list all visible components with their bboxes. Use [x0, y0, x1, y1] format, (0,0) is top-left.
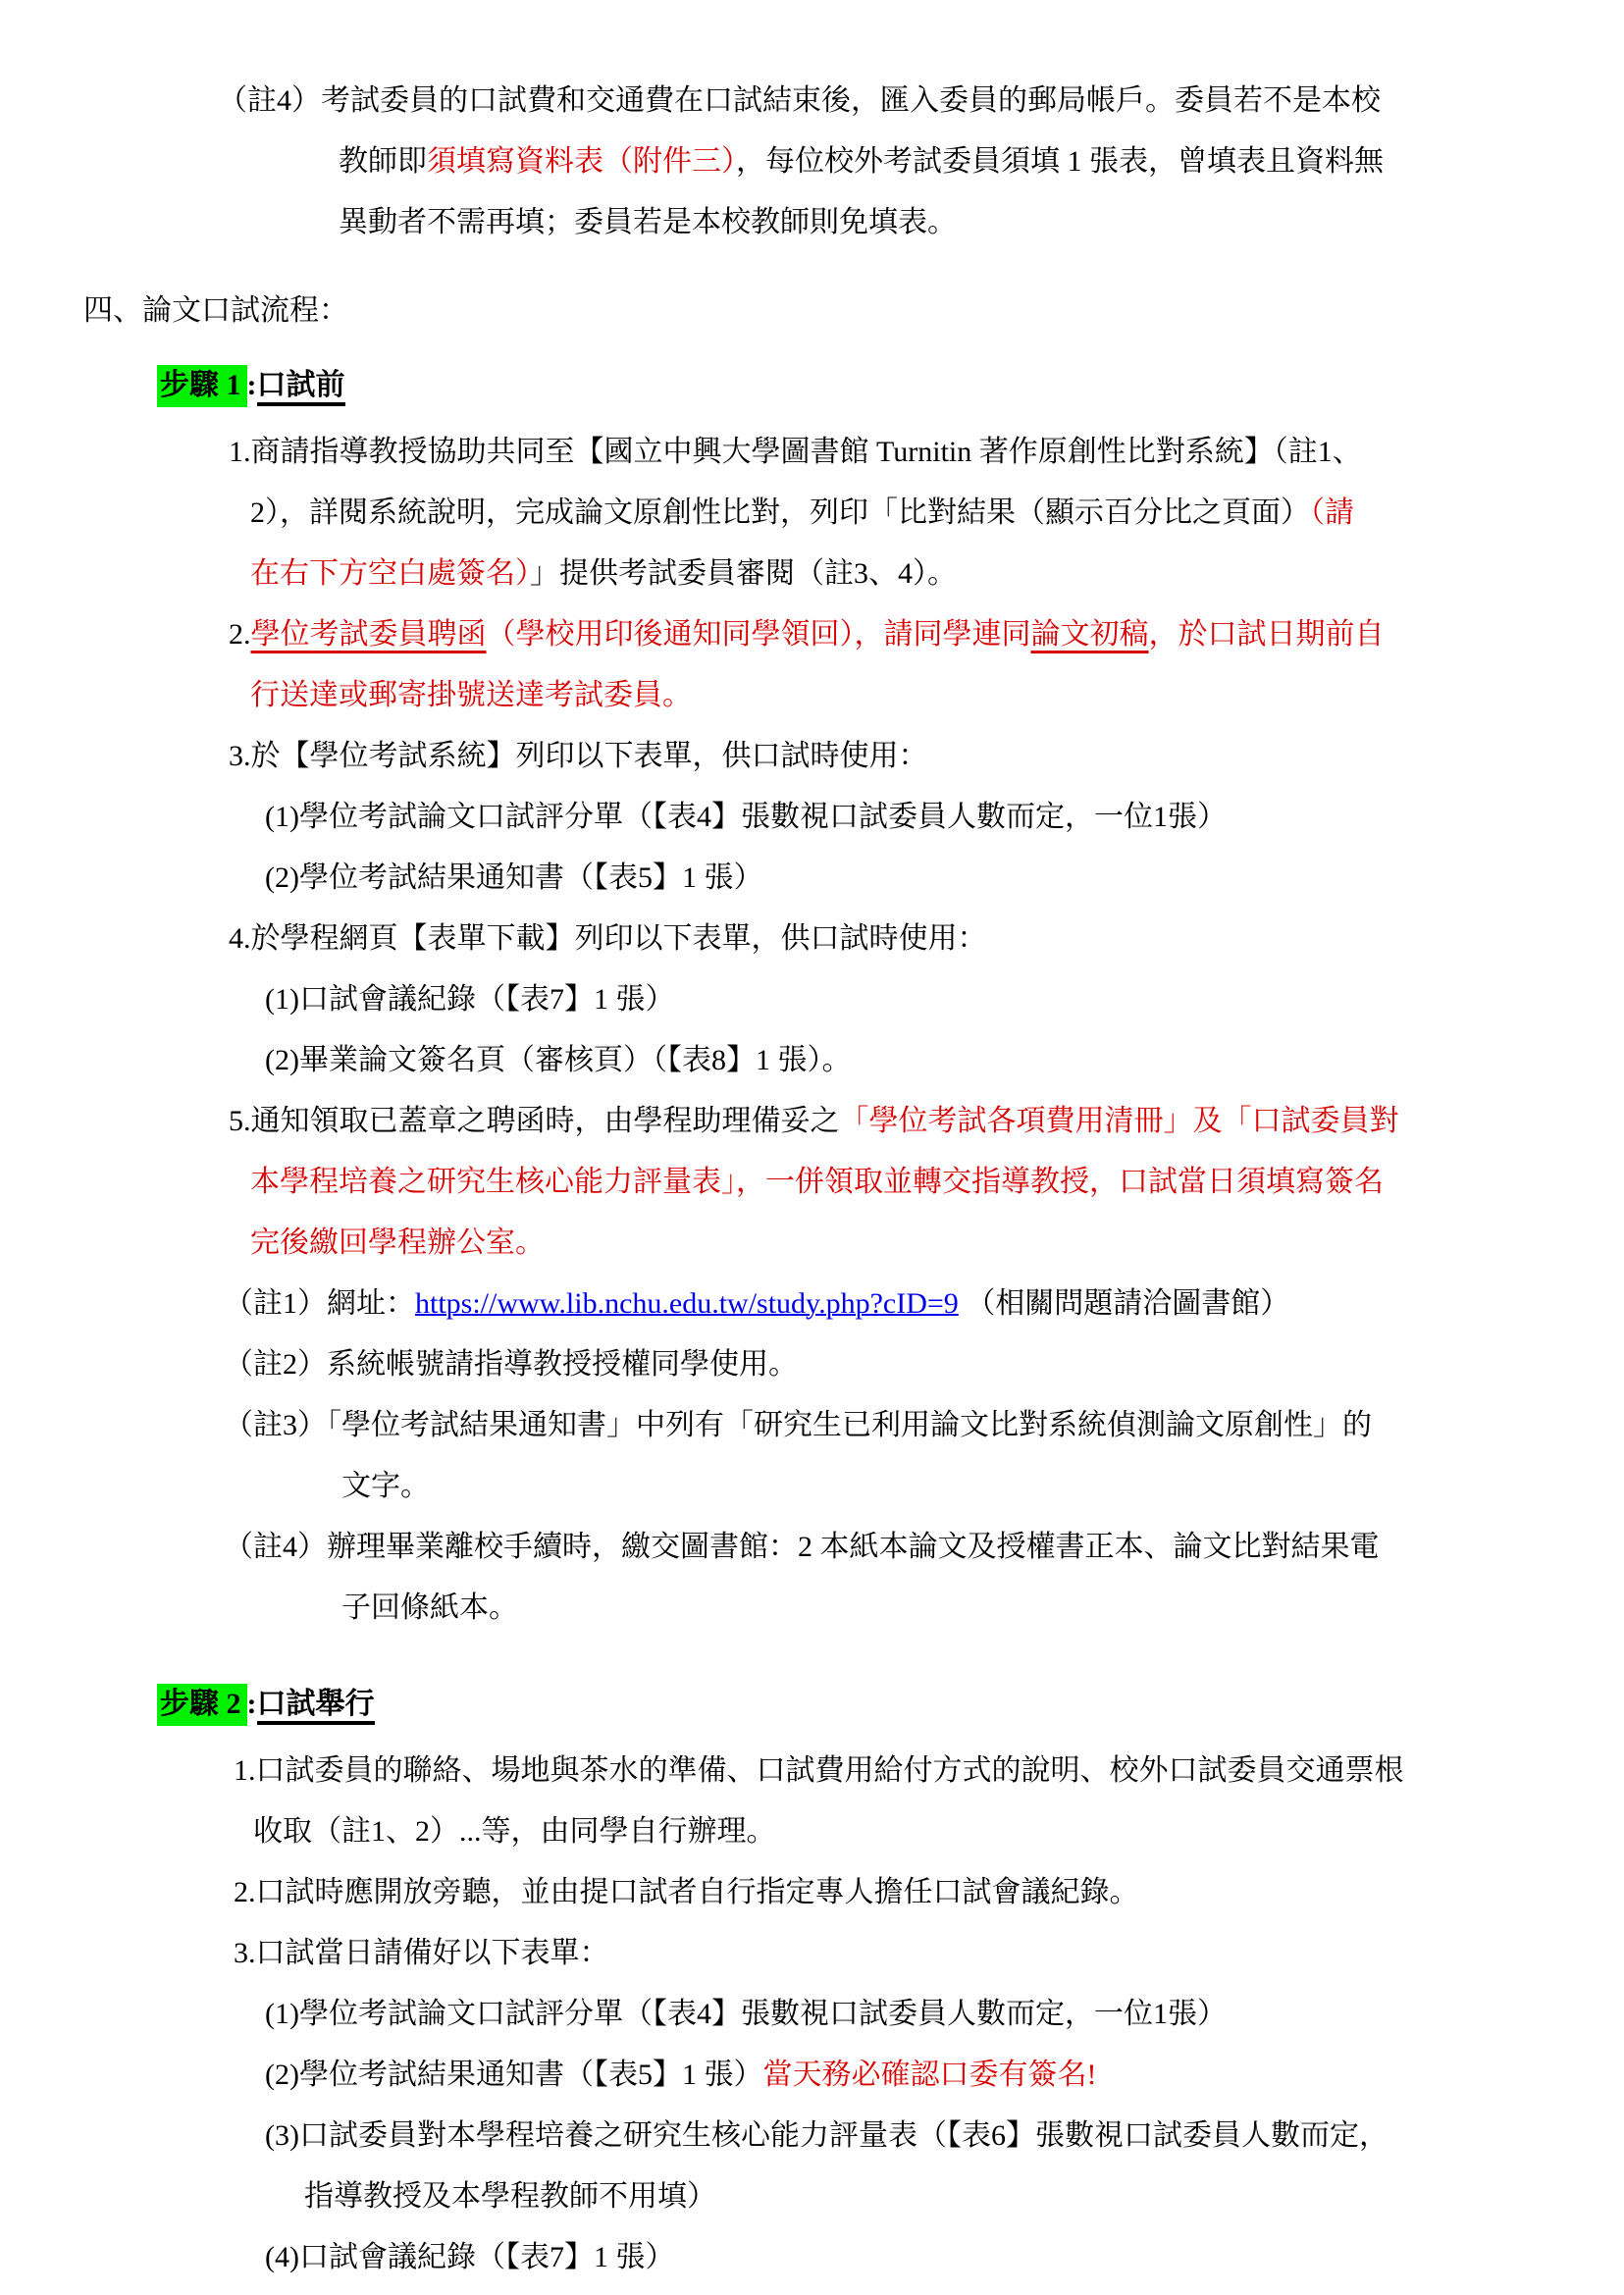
text-line: 收取（註1、2）...等，由同學自行辦理。 — [0, 1801, 1624, 1862]
text-line: 四、論文口試流程： — [0, 281, 1624, 341]
text-line: 文字。 — [0, 1456, 1624, 1517]
black-text: （相關問題請洽圖書館） — [959, 1287, 1290, 1320]
red-text: 在右下方空白處簽名） — [250, 557, 530, 590]
step-title: 口試前 — [257, 369, 345, 406]
step-heading: 步驟 1:口試前 — [0, 355, 1624, 416]
text-line: 2），詳閱系統說明，完成論文原創性比對，列印「比對結果（顯示百分比之頁面）（請 — [0, 483, 1624, 544]
text-line: 指導教授及本學程教師不用填） — [0, 2166, 1624, 2227]
black-text: 網址： — [327, 1287, 415, 1320]
black-text: 學位考試論文口試評分單（【表4】張數視口試委員人數而定，一位1張） — [299, 1998, 1227, 2030]
black-text: 學位考試論文口試評分單（【表4】張數視口試委員人數而定，一位1張） — [299, 801, 1227, 833]
black-text: 學位考試結果通知書（【表5】1 張） — [299, 861, 763, 894]
list-marker: (2) — [265, 861, 299, 894]
list-marker: 4. — [229, 922, 251, 955]
black-text: 文字。 — [341, 1470, 430, 1502]
step-title: 口試舉行 — [257, 1688, 375, 1725]
black-text: ，每位校外考試委員須填 1 張表，曾填表且資料無 — [736, 145, 1384, 178]
list-marker: (2) — [265, 2059, 299, 2091]
text-line: (1)口試會議紀錄（【表7】1 張） — [0, 969, 1624, 1030]
list-marker: 1. — [229, 436, 251, 468]
text-line: 在右下方空白處簽名）」提供考試委員審閱（註3、4）。 — [0, 544, 1624, 604]
text-line: 1.商請指導教授協助共同至【國立中興大學圖書館 Turnitin 著作原創性比對… — [0, 422, 1624, 483]
hyperlink[interactable]: https://www.lib.nchu.edu.tw/study.php?cI… — [415, 1287, 959, 1320]
text-line: 5.通知領取已蓋章之聘函時，由學程助理備妥之「學位考試各項費用清冊」及「口試委員… — [0, 1091, 1624, 1152]
list-marker: (1) — [265, 983, 299, 1016]
note-marker: （註3） — [224, 1409, 327, 1441]
red-text: 須填寫資料表（附件三） — [427, 145, 736, 178]
text-line: （註4）考試委員的口試費和交通費在口試結束後，匯入委員的郵局帳戶。委員若不是本校 — [0, 71, 1624, 131]
black-text: 教師即 — [339, 145, 427, 178]
black-text: 通知領取已蓋章之聘函時，由學程助理備妥之 — [251, 1105, 840, 1137]
text-line: 4.於學程網頁【表單下載】列印以下表單，供口試時使用： — [0, 909, 1624, 969]
step-heading: 步驟 2:口試舉行 — [0, 1674, 1624, 1735]
black-text: 口試時應開放旁聽，並由提口試者自行指定專人擔任口試會議紀錄。 — [256, 1876, 1139, 1908]
text-line: (2)學位考試結果通知書（【表5】1 張）當天務必確認口委有簽名! — [0, 2045, 1624, 2106]
list-marker: (1) — [265, 1998, 299, 2030]
black-text: 口試當日請備好以下表單： — [256, 1937, 609, 1969]
black-text: 2），詳閱系統說明，完成論文原創性比對，列印「比對結果（顯示百分比之頁面） — [250, 496, 1310, 529]
red-text: 行送達或郵寄掛號送達考試委員。 — [250, 679, 692, 711]
text-line: （註3）「學位考試結果通知書」中列有「研究生已利用論文比對系統偵測論文原創性」的 — [0, 1395, 1624, 1456]
red-text: ，於口試日期前自 — [1149, 618, 1385, 651]
list-marker: (4) — [265, 2241, 299, 2273]
step-colon: : — [247, 1688, 257, 1720]
list-marker: (3) — [265, 2119, 299, 2152]
text-line: (1)學位考試論文口試評分單（【表4】張數視口試委員人數而定，一位1張） — [0, 1984, 1624, 2045]
list-marker: 2. — [229, 618, 251, 651]
text-line: 3.於【學位考試系統】列印以下表單，供口試時使用： — [0, 726, 1624, 787]
text-line: （註2）系統帳號請指導教授授權同學使用。 — [0, 1334, 1624, 1395]
red-text: （請 — [1310, 496, 1354, 529]
red-text: 本學程培養之研究生核心能力評量表」，一併領取並轉交指導教授，口試當日須填寫簽名 — [250, 1166, 1384, 1198]
black-text: 異動者不需再填；委員若是本校教師則免填表。 — [339, 206, 957, 238]
black-text: 於學程網頁【表單下載】列印以下表單，供口試時使用： — [251, 922, 987, 955]
text-line: (3)口試委員對本學程培養之研究生核心能力評量表（【表6】張數視口試委員人數而定… — [0, 2106, 1624, 2166]
black-text: 系統帳號請指導教授授權同學使用。 — [327, 1348, 798, 1381]
black-text: 」提供考試委員審閱（註3、4）。 — [530, 557, 957, 590]
red-text: 「學位考試各項費用清冊」及「口試委員對 — [840, 1105, 1399, 1137]
text-line: (2)學位考試結果通知書（【表5】1 張） — [0, 848, 1624, 909]
black-text: 辦理畢業離校手續時，繳交圖書館：2 本紙本論文及授權書正本、論文比對結果電 — [327, 1531, 1380, 1563]
text-line: 1.口試委員的聯絡、場地與茶水的準備、口試費用給付方式的說明、校外口試委員交通票… — [0, 1741, 1624, 1801]
red-text: 完後繳回學程辦公室。 — [250, 1226, 545, 1259]
note-marker: （註2） — [224, 1348, 327, 1381]
text-line: (1)學位考試論文口試評分單（【表4】張數視口試委員人數而定，一位1張） — [0, 787, 1624, 848]
step-label-highlight: 步驟 2 — [157, 1684, 247, 1726]
red-underline-text: 學位考試委員聘函 — [251, 618, 487, 651]
text-line: 異動者不需再填；委員若是本校教師則免填表。 — [0, 192, 1624, 253]
black-text: 子回條紙本。 — [341, 1591, 518, 1624]
step-colon: : — [247, 369, 257, 401]
list-marker: 5. — [229, 1105, 251, 1137]
list-marker: (2) — [265, 1044, 299, 1076]
red-underline-text: 論文初稿 — [1031, 618, 1149, 651]
black-text: 口試會議紀錄（【表7】1 張） — [299, 2241, 675, 2273]
list-marker: 2. — [234, 1876, 256, 1908]
text-line: (4)口試會議紀錄（【表7】1 張） — [0, 2227, 1624, 2288]
text-line: 完後繳回學程辦公室。 — [0, 1213, 1624, 1274]
section-heading: 四、論文口試流程： — [83, 294, 348, 327]
text-line: 本學程培養之研究生核心能力評量表」，一併領取並轉交指導教授，口試當日須填寫簽名 — [0, 1152, 1624, 1213]
list-marker: 3. — [229, 740, 251, 772]
list-marker: (1) — [265, 801, 299, 833]
note-marker: （註4） — [218, 84, 321, 117]
text-line: 3.口試當日請備好以下表單： — [0, 1923, 1624, 1984]
black-text: 「學位考試結果通知書」中列有「研究生已利用論文比對系統偵測論文原創性」的 — [327, 1409, 1372, 1441]
text-line: （註4）辦理畢業離校手續時，繳交圖書館：2 本紙本論文及授權書正本、論文比對結果… — [0, 1517, 1624, 1578]
text-line: （註1）網址：https://www.lib.nchu.edu.tw/study… — [0, 1274, 1624, 1334]
document-page: （註4）考試委員的口試費和交通費在口試結束後，匯入委員的郵局帳戶。委員若不是本校… — [0, 0, 1624, 2295]
black-text: 口試會議紀錄（【表7】1 張） — [299, 983, 675, 1016]
black-text: 商請指導教授協助共同至【國立中興大學圖書館 Turnitin 著作原創性比對系統… — [251, 436, 1362, 468]
red-text: （學校用印後通知同學領回），請同學連同 — [487, 618, 1031, 651]
black-text: 學位考試結果通知書（【表5】1 張） — [299, 2059, 763, 2091]
black-text: 口試委員對本學程培養之研究生核心能力評量表（【表6】張數視口試委員人數而定， — [299, 2119, 1388, 2152]
note-marker: （註1） — [224, 1287, 327, 1320]
black-text: 考試委員的口試費和交通費在口試結束後，匯入委員的郵局帳戶。委員若不是本校 — [321, 84, 1381, 117]
red-text: 當天務必確認口委有簽名! — [762, 2059, 1096, 2091]
black-text: 於【學位考試系統】列印以下表單，供口試時使用： — [251, 740, 928, 772]
note-marker: （註4） — [224, 1531, 327, 1563]
text-line: 2.口試時應開放旁聽，並由提口試者自行指定專人擔任口試會議紀錄。 — [0, 1862, 1624, 1923]
text-line: 教師即須填寫資料表（附件三），每位校外考試委員須填 1 張表，曾填表且資料無 — [0, 131, 1624, 192]
black-text: 指導教授及本學程教師不用填） — [304, 2180, 716, 2213]
list-marker: 3. — [234, 1937, 256, 1969]
text-line: (2)畢業論文簽名頁（審核頁）（【表8】1 張）。 — [0, 1030, 1624, 1091]
black-text: 收取（註1、2）...等，由同學自行辦理。 — [253, 1815, 776, 1848]
text-line: 子回條紙本。 — [0, 1578, 1624, 1639]
black-text: 口試委員的聯絡、場地與茶水的準備、口試費用給付方式的說明、校外口試委員交通票根 — [256, 1754, 1404, 1787]
list-marker: 1. — [234, 1754, 256, 1787]
step-label-highlight: 步驟 1 — [157, 365, 247, 407]
text-line: 行送達或郵寄掛號送達考試委員。 — [0, 665, 1624, 726]
text-line: 2.學位考試委員聘函（學校用印後通知同學領回），請同學連同論文初稿，於口試日期前… — [0, 604, 1624, 665]
black-text: 畢業論文簽名頁（審核頁）（【表8】1 張）。 — [299, 1044, 852, 1076]
